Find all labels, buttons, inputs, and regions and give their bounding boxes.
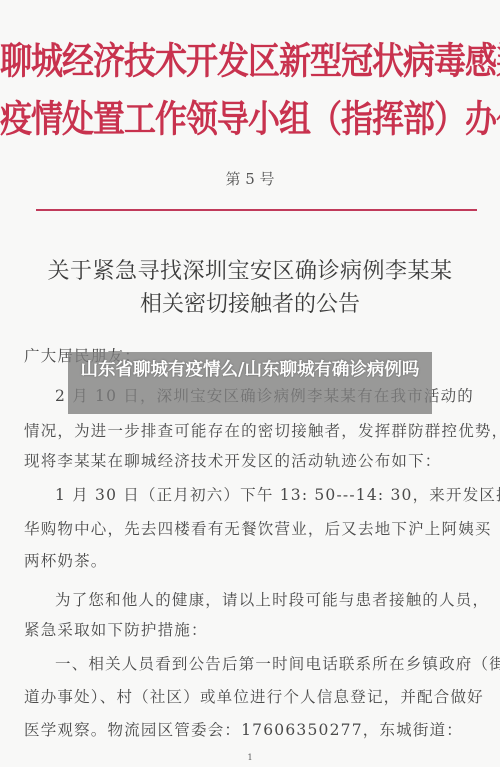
paragraph-line: 道办事处）、村（社区）或单位进行个人信息登记，并配合做好 (24, 686, 476, 708)
paragraph-line: 为了您和他人的健康，请以上时段可能与患者接触的人员， (55, 589, 476, 611)
caption-overlay: 山东省聊城有疫情么/山东聊城有确诊病例吗 (68, 352, 432, 414)
notice-title-line2: 相关密切接触者的公告 (0, 289, 500, 321)
red-divider (36, 209, 477, 211)
paragraph-line: 华购物中心，先去四楼看有无餐饮营业，后又去地下沪上阿姨买 (24, 518, 476, 540)
document-number: 第 5 号 (0, 168, 500, 189)
paragraph-line: 情况，为进一步排查可能存在的密切接触者，发挥群防群控优势， (24, 420, 476, 442)
header-title-line1: 聊城经济技术开发区新型冠状病毒感染的肺炎 (0, 38, 500, 84)
page-number: 1 (0, 753, 500, 762)
paragraph-line: 现将李某某在聊城经济技术开发区的活动轨迹公布如下： (24, 450, 476, 472)
notice-title-line1: 关于紧急寻找深圳宝安区确诊病例李某某 (0, 256, 500, 288)
paragraph-line: 紧急采取如下防护措施： (24, 619, 476, 641)
header-title-line2: 疫情处置工作领导小组（指挥部）办公室 (0, 96, 500, 142)
paragraph-line: 医学观察。物流园区管委会：17606350277，东城街道： (24, 719, 476, 741)
caption-text: 山东省聊城有疫情么/山东聊城有确诊病例吗 (81, 360, 420, 380)
paragraph-line: 两杯奶茶。 (24, 550, 476, 572)
paragraph-line: 一、相关人员看到公告后第一时间电话联系所在乡镇政府（街 (55, 653, 476, 675)
paragraph-line: 1 月 30 日（正月初六）下午 13: 50---14: 30，来开发区振 (55, 484, 476, 506)
